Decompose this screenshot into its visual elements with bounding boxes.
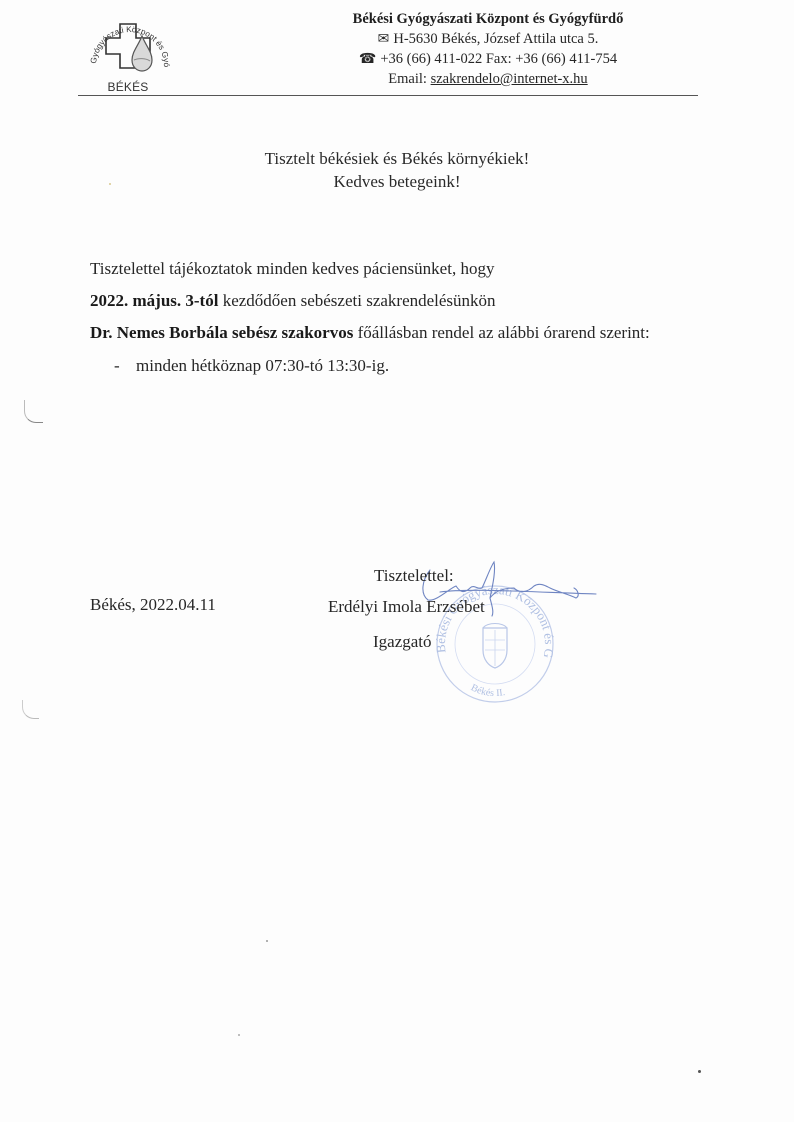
greeting-line-1: Tisztelt békésiek és Békés környékiek! (0, 147, 794, 170)
phone-fax-text: +36 (66) 411-022 Fax: +36 (66) 411-754 (380, 51, 617, 67)
email-label: Email: (388, 71, 427, 87)
scan-speck (109, 183, 111, 185)
intro-paragraph: Tisztelettel tájékoztatok minden kedves … (90, 258, 698, 279)
organization-name: Békési Gyógyászati Központ és Gyógyfürdő (278, 9, 698, 29)
header-divider (78, 95, 698, 96)
place-and-date: Békés, 2022.04.11 (90, 595, 216, 615)
telephone-icon: ☎ (359, 51, 376, 67)
start-date: 2022. május. 3-tól (90, 291, 218, 310)
signer-name: Erdélyi Imola Erzsébet (328, 597, 485, 617)
doctor-paragraph: Dr. Nemes Borbála sebész szakorvos főáll… (90, 322, 698, 343)
list-bullet: - (114, 355, 120, 376)
start-date-paragraph: 2022. május. 3-tól kezdődően sebészeti s… (90, 290, 698, 311)
svg-text:Gyógyászati Központ és Gyógyfü: Gyógyászati Központ és Gyógyfürdő (82, 8, 171, 68)
cross-and-drop-logo-icon: Gyógyászati Központ és Gyógyfürdő (82, 8, 192, 80)
letter-body: Tisztelettel tájékoztatok minden kedves … (90, 258, 698, 376)
organization-logo: Gyógyászati Központ és Gyógyfürdő BÉKÉS (82, 8, 192, 92)
signer-title: Igazgató (373, 632, 432, 652)
schedule-text: minden hétköznap 07:30-tó 13:30-ig. (122, 356, 389, 375)
email-line: Email: szakrendelo@internet-x.hu (278, 69, 698, 89)
greeting: Tisztelt békésiek és Békés környékiek! K… (0, 147, 794, 193)
scan-speck (238, 1034, 240, 1036)
address-line: ✉H-5630 Békés, József Attila utca 5. (278, 29, 698, 49)
organization-info: Békési Gyógyászati Központ és Gyógyfürdő… (278, 9, 698, 89)
closing-salutation: Tisztelettel: (374, 566, 454, 586)
logo-city-text: BÉKÉS (82, 80, 174, 94)
scan-speck (698, 1070, 701, 1073)
schedule-item: - minden hétköznap 07:30-tó 13:30-ig. (90, 355, 698, 376)
email-link[interactable]: szakrendelo@internet-x.hu (431, 71, 588, 87)
greeting-line-2: Kedves betegeink! (0, 170, 794, 193)
address-text: H-5630 Békés, József Attila utca 5. (393, 31, 598, 47)
phone-line: ☎+36 (66) 411-022 Fax: +36 (66) 411-754 (278, 49, 698, 69)
punch-hole-mark (22, 700, 39, 719)
scan-speck (266, 940, 268, 942)
envelope-icon: ✉ (378, 31, 390, 47)
punch-hole-mark (24, 400, 43, 423)
doctor-name: Dr. Nemes Borbála sebész szakorvos (90, 323, 353, 342)
schedule-list: - minden hétköznap 07:30-tó 13:30-ig. (90, 355, 698, 376)
svg-text:Békés II.: Békés II. (469, 682, 506, 699)
